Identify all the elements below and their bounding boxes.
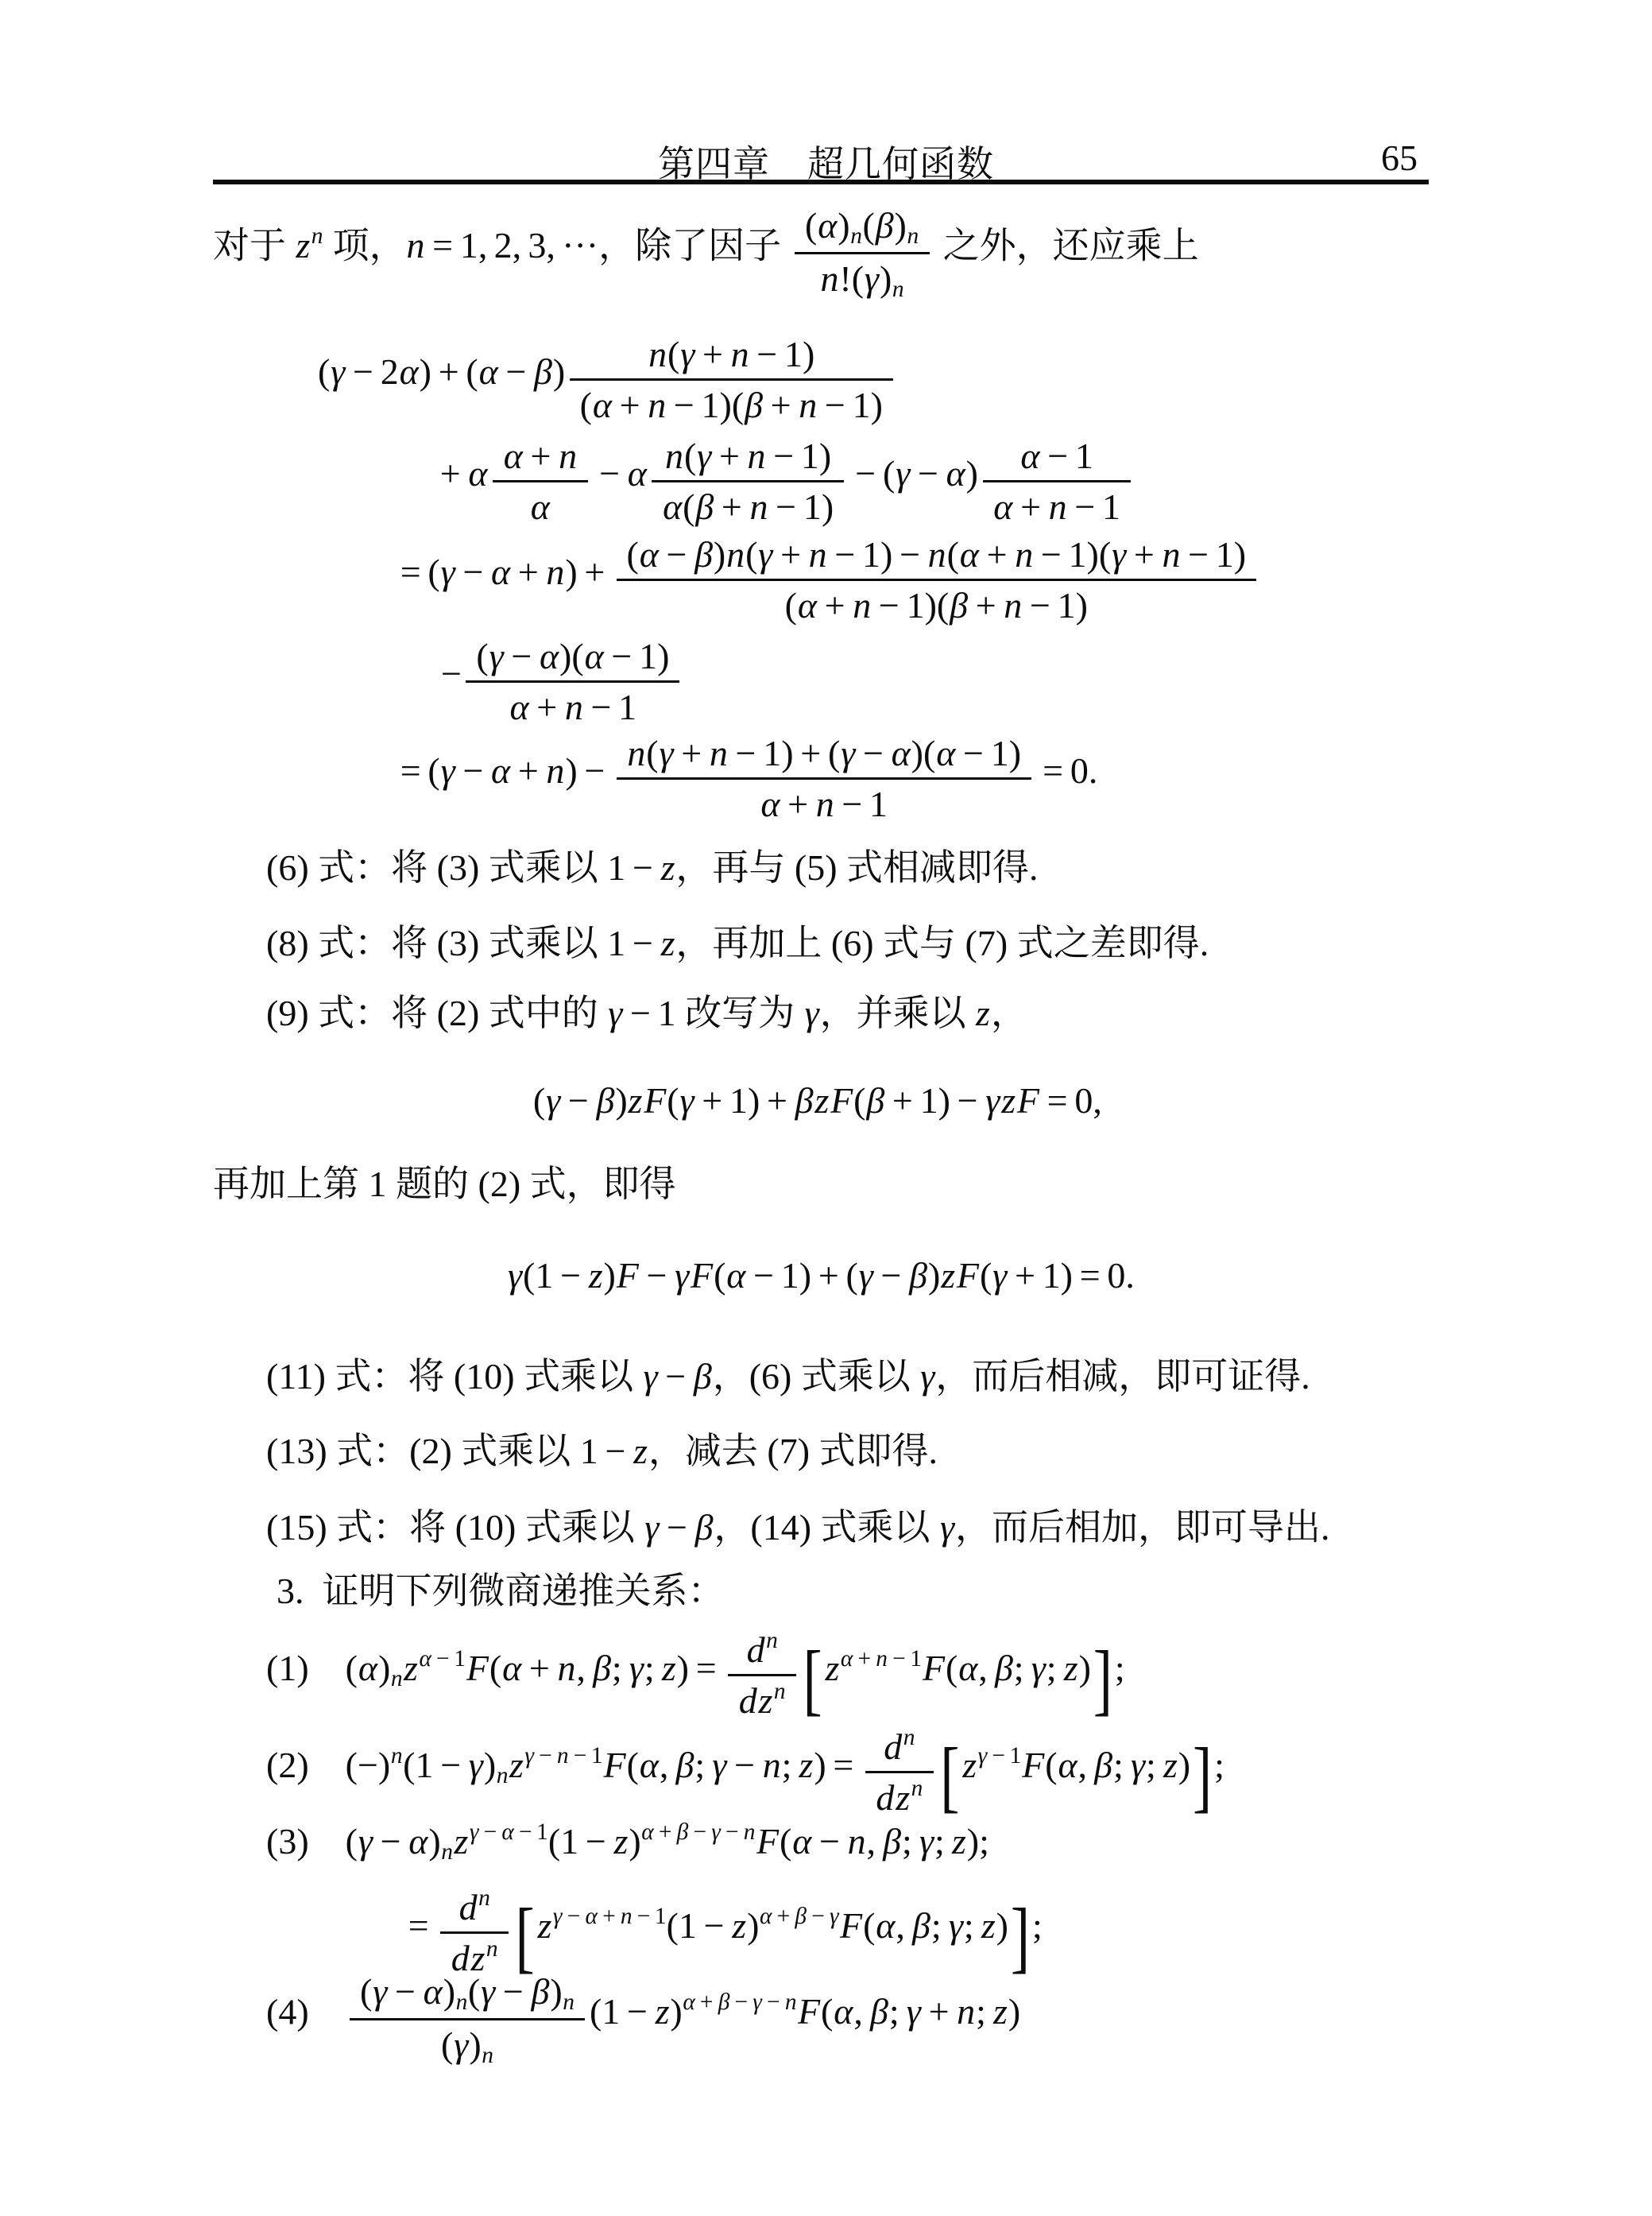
- header-divider: [213, 180, 1429, 184]
- note-eq6: (6) 式：将 (3) 式乘以 1−z，再与 (5) 式相减即得.: [266, 846, 1039, 889]
- problem3-item-2: (2) (−)n(1−γ)nzγ−n−1F(α,β;γ−n;z)=dndzn[z…: [266, 1726, 1231, 1819]
- problem3-item-4: (4) (γ−α)n(γ−β)n(γ)n(1−z)α+β−γ−nF(α,β;γ+…: [266, 1971, 1020, 2067]
- problem-3-heading: 3. 证明下列微商递推关系：: [277, 1570, 725, 1613]
- intro-paragraph: 对于 zn 项，n=1,2,3,···，除了因子 (α)n(β)nn!(γ)n …: [213, 205, 1199, 301]
- derivation-line-3: =(γ−α+n)+(α−β)n(γ+n−1)−n(α+n−1)(γ+n−1)(α…: [393, 534, 1261, 626]
- derivation-line-5: =(γ−α+n)−n(γ+n−1)+(γ−α)(α−1)α+n−1=0.: [393, 733, 1097, 824]
- note-eq9: (9) 式：将 (2) 式中的 γ−1 改写为 γ，并乘以 z，: [266, 992, 1027, 1035]
- derivation-line-1: (γ−2α)+(α−β)n(γ+n−1)(α+n−1)(β+n−1): [318, 334, 897, 425]
- page-number: 65: [1381, 137, 1418, 179]
- note-eq11: (11) 式：将 (10) 式乘以 γ−β，(6) 式乘以 γ，而后相减，即可证…: [266, 1355, 1310, 1398]
- derivation-line-4: −(γ−α)(α−1)α+n−1: [441, 636, 684, 727]
- problem3-item-3: (3) (γ−α)nzγ−α−1(1−z)α+β−γ−nF(α−n,β;γ;z)…: [266, 1820, 996, 1865]
- note-eq8: (8) 式：将 (3) 式乘以 1−z，再加上 (6) 式与 (7) 式之差即得…: [266, 922, 1209, 965]
- textbook-page: 第四章 超几何函数 65 对于 zn 项，n=1,2,3,···，除了因子 (α…: [0, 0, 1652, 2216]
- para-add: 再加上第 1 题的 (2) 式，即得: [213, 1163, 676, 1206]
- note-eq15: (15) 式：将 (10) 式乘以 γ−β，(14) 式乘以 γ，而后相加，即可…: [266, 1506, 1329, 1549]
- problem3-item-1: (1) (α)nzα−1F(α+n,β;γ;z)=dndzn[zα+n−1F(α…: [266, 1629, 1132, 1722]
- derivation-line-2: +αα+nα−αn(γ+n−1)α(β+n−1)−(γ−α)α−1α+n−1: [433, 436, 1135, 527]
- equation-step9: (γ−β)zF(γ+1)+βzF(β+1)−γzF=0,: [213, 1079, 1429, 1122]
- equation-result10: γ(1−z)F−γF(α−1)+(γ−β)zF(γ+1)=0.: [213, 1254, 1429, 1297]
- note-eq13: (13) 式：(2) 式乘以 1−z，减去 (7) 式即得.: [266, 1430, 938, 1473]
- problem3-item-3-cont: =dndzn[zγ−α+n−1(1−z)α+β−γF(α,β;γ;z)];: [401, 1887, 1049, 1979]
